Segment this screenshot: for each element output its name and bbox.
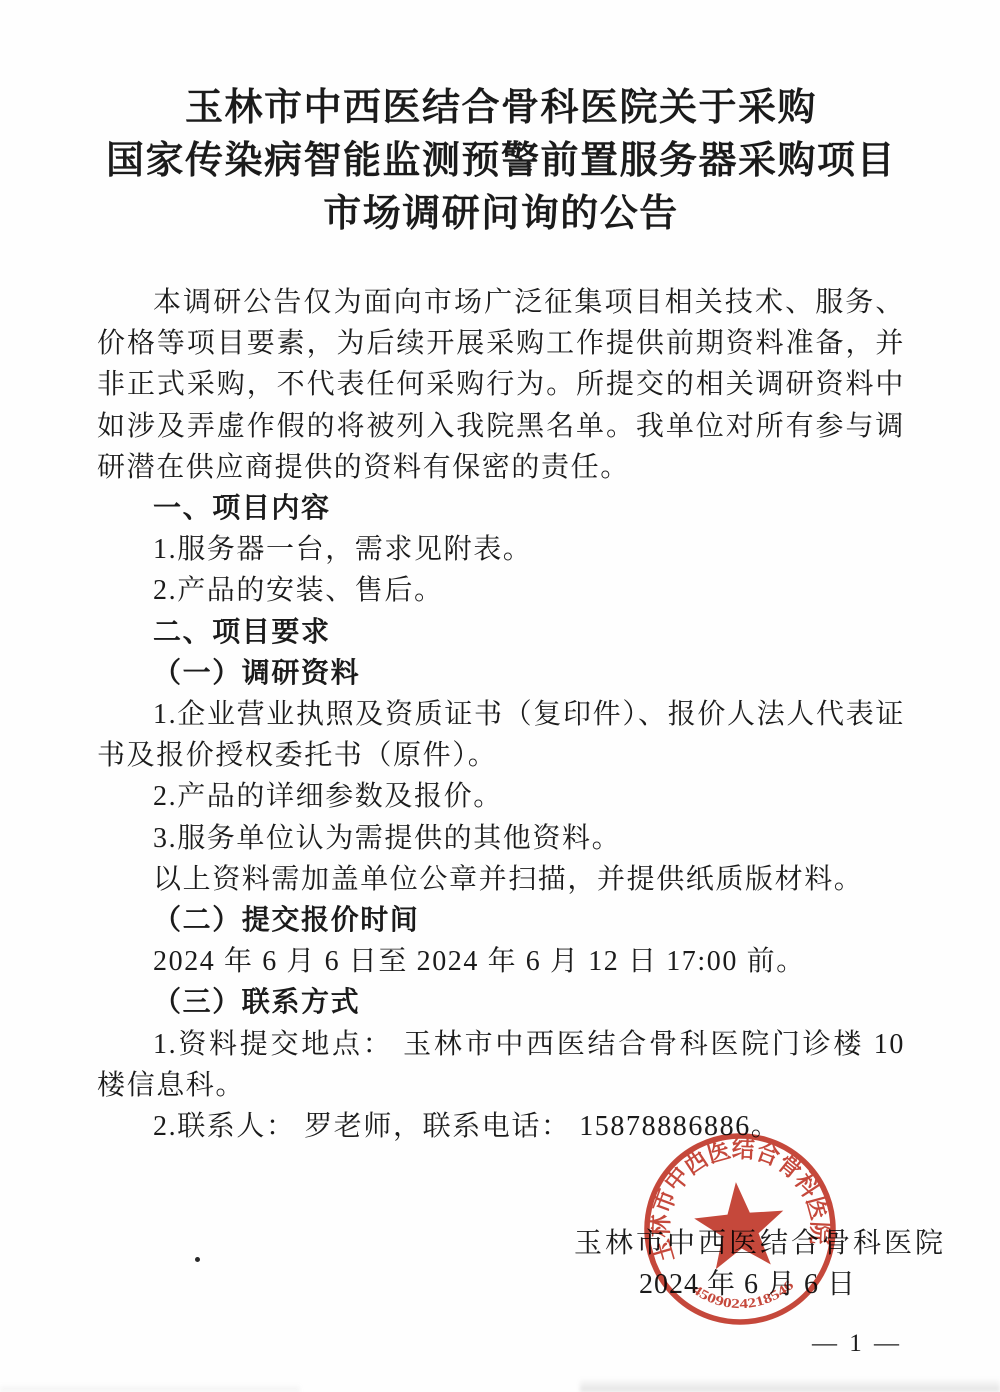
document-body: 本调研公告仅为面向市场广泛征集项目相关技术、服务、价格等项目要素，为后续开展采购…	[97, 282, 905, 1147]
scan-edge-shadow-left	[0, 1384, 300, 1392]
section-heading: （二）提交报价时间	[97, 900, 905, 941]
scan-edge-shadow	[580, 1378, 1000, 1392]
paragraph: 2.产品的安装、售后。	[97, 570, 905, 611]
document-title: 玉林市中西医结合骨科医院关于采购 国家传染病智能监测预警前置服务器采购项目 市场…	[97, 82, 905, 241]
paragraph: 1.资料提交地点： 玉林市中西医结合骨科医院门诊楼 10 楼信息科。	[97, 1024, 905, 1106]
paragraph: 2024 年 6 月 6 日至 2024 年 6 月 12 日 17:00 前。	[97, 941, 905, 982]
paragraph: 1.企业营业执照及资质证书（复印件）、报价人法人代表证书及报价授权委托书（原件）…	[97, 694, 905, 776]
scan-speck	[195, 1257, 200, 1262]
scanned-document-page: 玉林市中西医结合骨科医院关于采购 国家传染病智能监测预警前置服务器采购项目 市场…	[0, 0, 1000, 1392]
paragraph: 以上资料需加盖单位公章并扫描，并提供纸质版材料。	[97, 859, 905, 900]
section-heading: （三）联系方式	[97, 982, 905, 1023]
paragraph: 2.产品的详细参数及报价。	[97, 776, 905, 817]
section-heading: 一、项目内容	[97, 488, 905, 529]
title-line-1: 玉林市中西医结合骨科医院关于采购	[97, 82, 905, 135]
star-icon	[691, 1178, 787, 1270]
section-heading: 二、项目要求	[97, 612, 905, 653]
title-line-3: 市场调研问询的公告	[97, 188, 905, 241]
paragraph: 本调研公告仅为面向市场广泛征集项目相关技术、服务、价格等项目要素，为后续开展采购…	[97, 282, 905, 488]
document-content: 玉林市中西医结合骨科医院关于采购 国家传染病智能监测预警前置服务器采购项目 市场…	[97, 0, 905, 1147]
section-heading: （一）调研资料	[97, 653, 905, 694]
paragraph: 1.服务器一台，需求见附表。	[97, 529, 905, 570]
paragraph-list: 本调研公告仅为面向市场广泛征集项目相关技术、服务、价格等项目要素，为后续开展采购…	[97, 282, 905, 1147]
official-seal: 玉林市中西医结合骨科医院 4509024218546	[628, 1117, 852, 1341]
title-line-2: 国家传染病智能监测预警前置服务器采购项目	[97, 135, 905, 188]
paragraph: 3.服务单位认为需提供的其他资料。	[97, 818, 905, 859]
page-number: — 1 —	[812, 1330, 902, 1358]
